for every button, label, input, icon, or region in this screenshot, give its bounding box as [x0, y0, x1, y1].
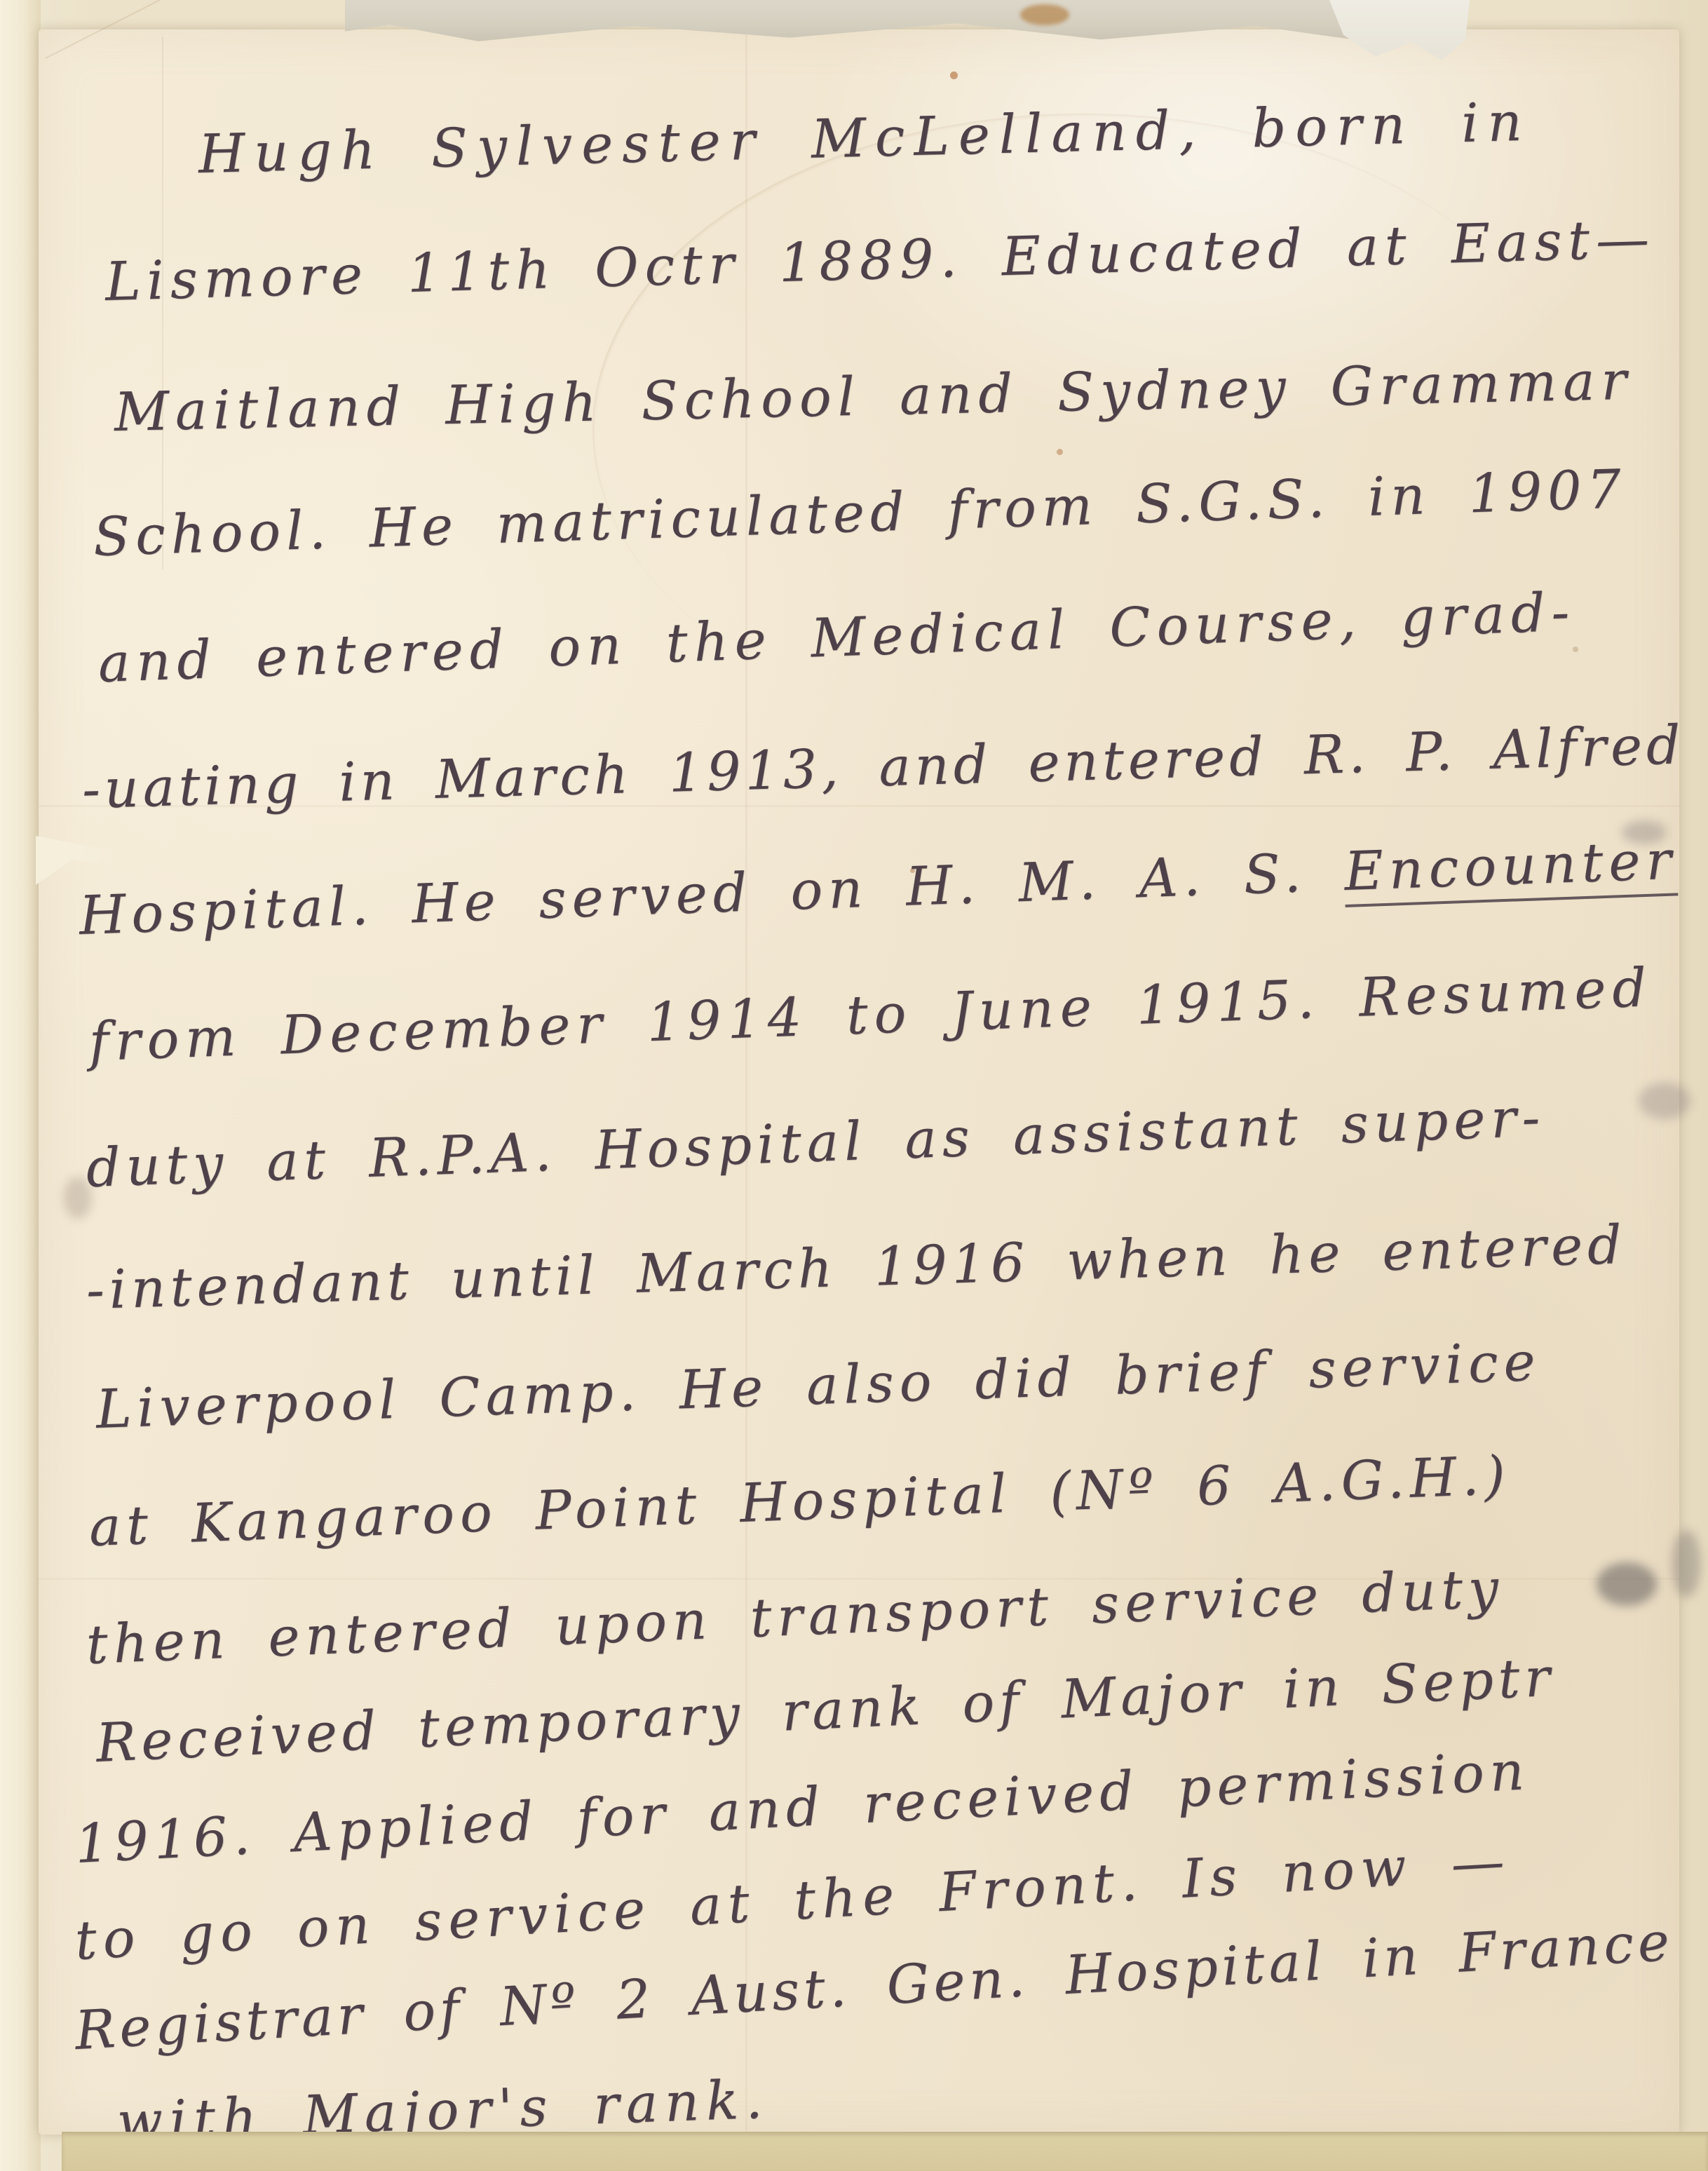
text-segment: School. He matriculated from S.G.S. in 1…	[93, 457, 1627, 568]
text-line: -intendant until March 1916 when he ente…	[86, 1211, 1627, 1323]
text-segment: from December 1914 to June 1915. Resumed	[88, 956, 1653, 1073]
text-line: -uating in March 1913, and entered R. P.…	[81, 711, 1686, 823]
text-line: duty at R.P.A. Hospital as assistant sup…	[85, 1083, 1546, 1201]
mount-backing-left-edge	[0, 0, 41, 2171]
text-line: from December 1914 to June 1915. Resumed	[88, 954, 1653, 1075]
text-segment: Hospital. He served on H. M. A. S.	[78, 840, 1345, 947]
text-line: and entered on the Medical Course, grad-	[97, 578, 1576, 696]
text-segment: at Kangaroo Point Hospital (Nº 6 A.G.H.)	[88, 1444, 1512, 1558]
text-segment: Liverpool Camp. He also did brief servic…	[95, 1330, 1542, 1440]
underlined-word: Encounter	[1343, 828, 1679, 907]
text-segment: and entered on the Medical Course, grad-	[97, 580, 1576, 694]
text-line: Hugh Sylvester McLelland, born in	[198, 88, 1532, 187]
text-segment: duty at R.P.A. Hospital as assistant sup…	[85, 1085, 1546, 1199]
text-segment: Lismore 11th Octr 1889. Educated at East…	[104, 207, 1656, 313]
text-line: Lismore 11th Octr 1889. Educated at East…	[104, 205, 1656, 315]
text-line: Hospital. He served on H. M. A. S. Encou…	[78, 826, 1678, 949]
text-segment: Maitland High School and Sydney Grammar	[114, 349, 1633, 443]
text-segment: -uating in March 1913, and entered R. P.…	[81, 713, 1686, 820]
tape-stain	[1020, 4, 1069, 25]
text-line: Maitland High School and Sydney Grammar	[114, 347, 1634, 445]
text-segment: Hugh Sylvester McLelland, born in	[198, 90, 1532, 185]
mount-bottom-edge	[62, 2132, 1708, 2171]
text-line: School. He matriculated from S.G.S. in 1…	[93, 455, 1628, 570]
manuscript-scene: Hugh Sylvester McLelland, born inLismore…	[0, 0, 1708, 2171]
manuscript-page: Hugh Sylvester McLelland, born inLismore…	[39, 29, 1679, 2135]
handwritten-text: Hugh Sylvester McLelland, born inLismore…	[39, 29, 1679, 2135]
text-line: Liverpool Camp. He also did brief servic…	[95, 1328, 1542, 1442]
text-segment: -intendant until March 1916 when he ente…	[86, 1213, 1627, 1321]
text-line: at Kangaroo Point Hospital (Nº 6 A.G.H.)	[88, 1442, 1512, 1560]
